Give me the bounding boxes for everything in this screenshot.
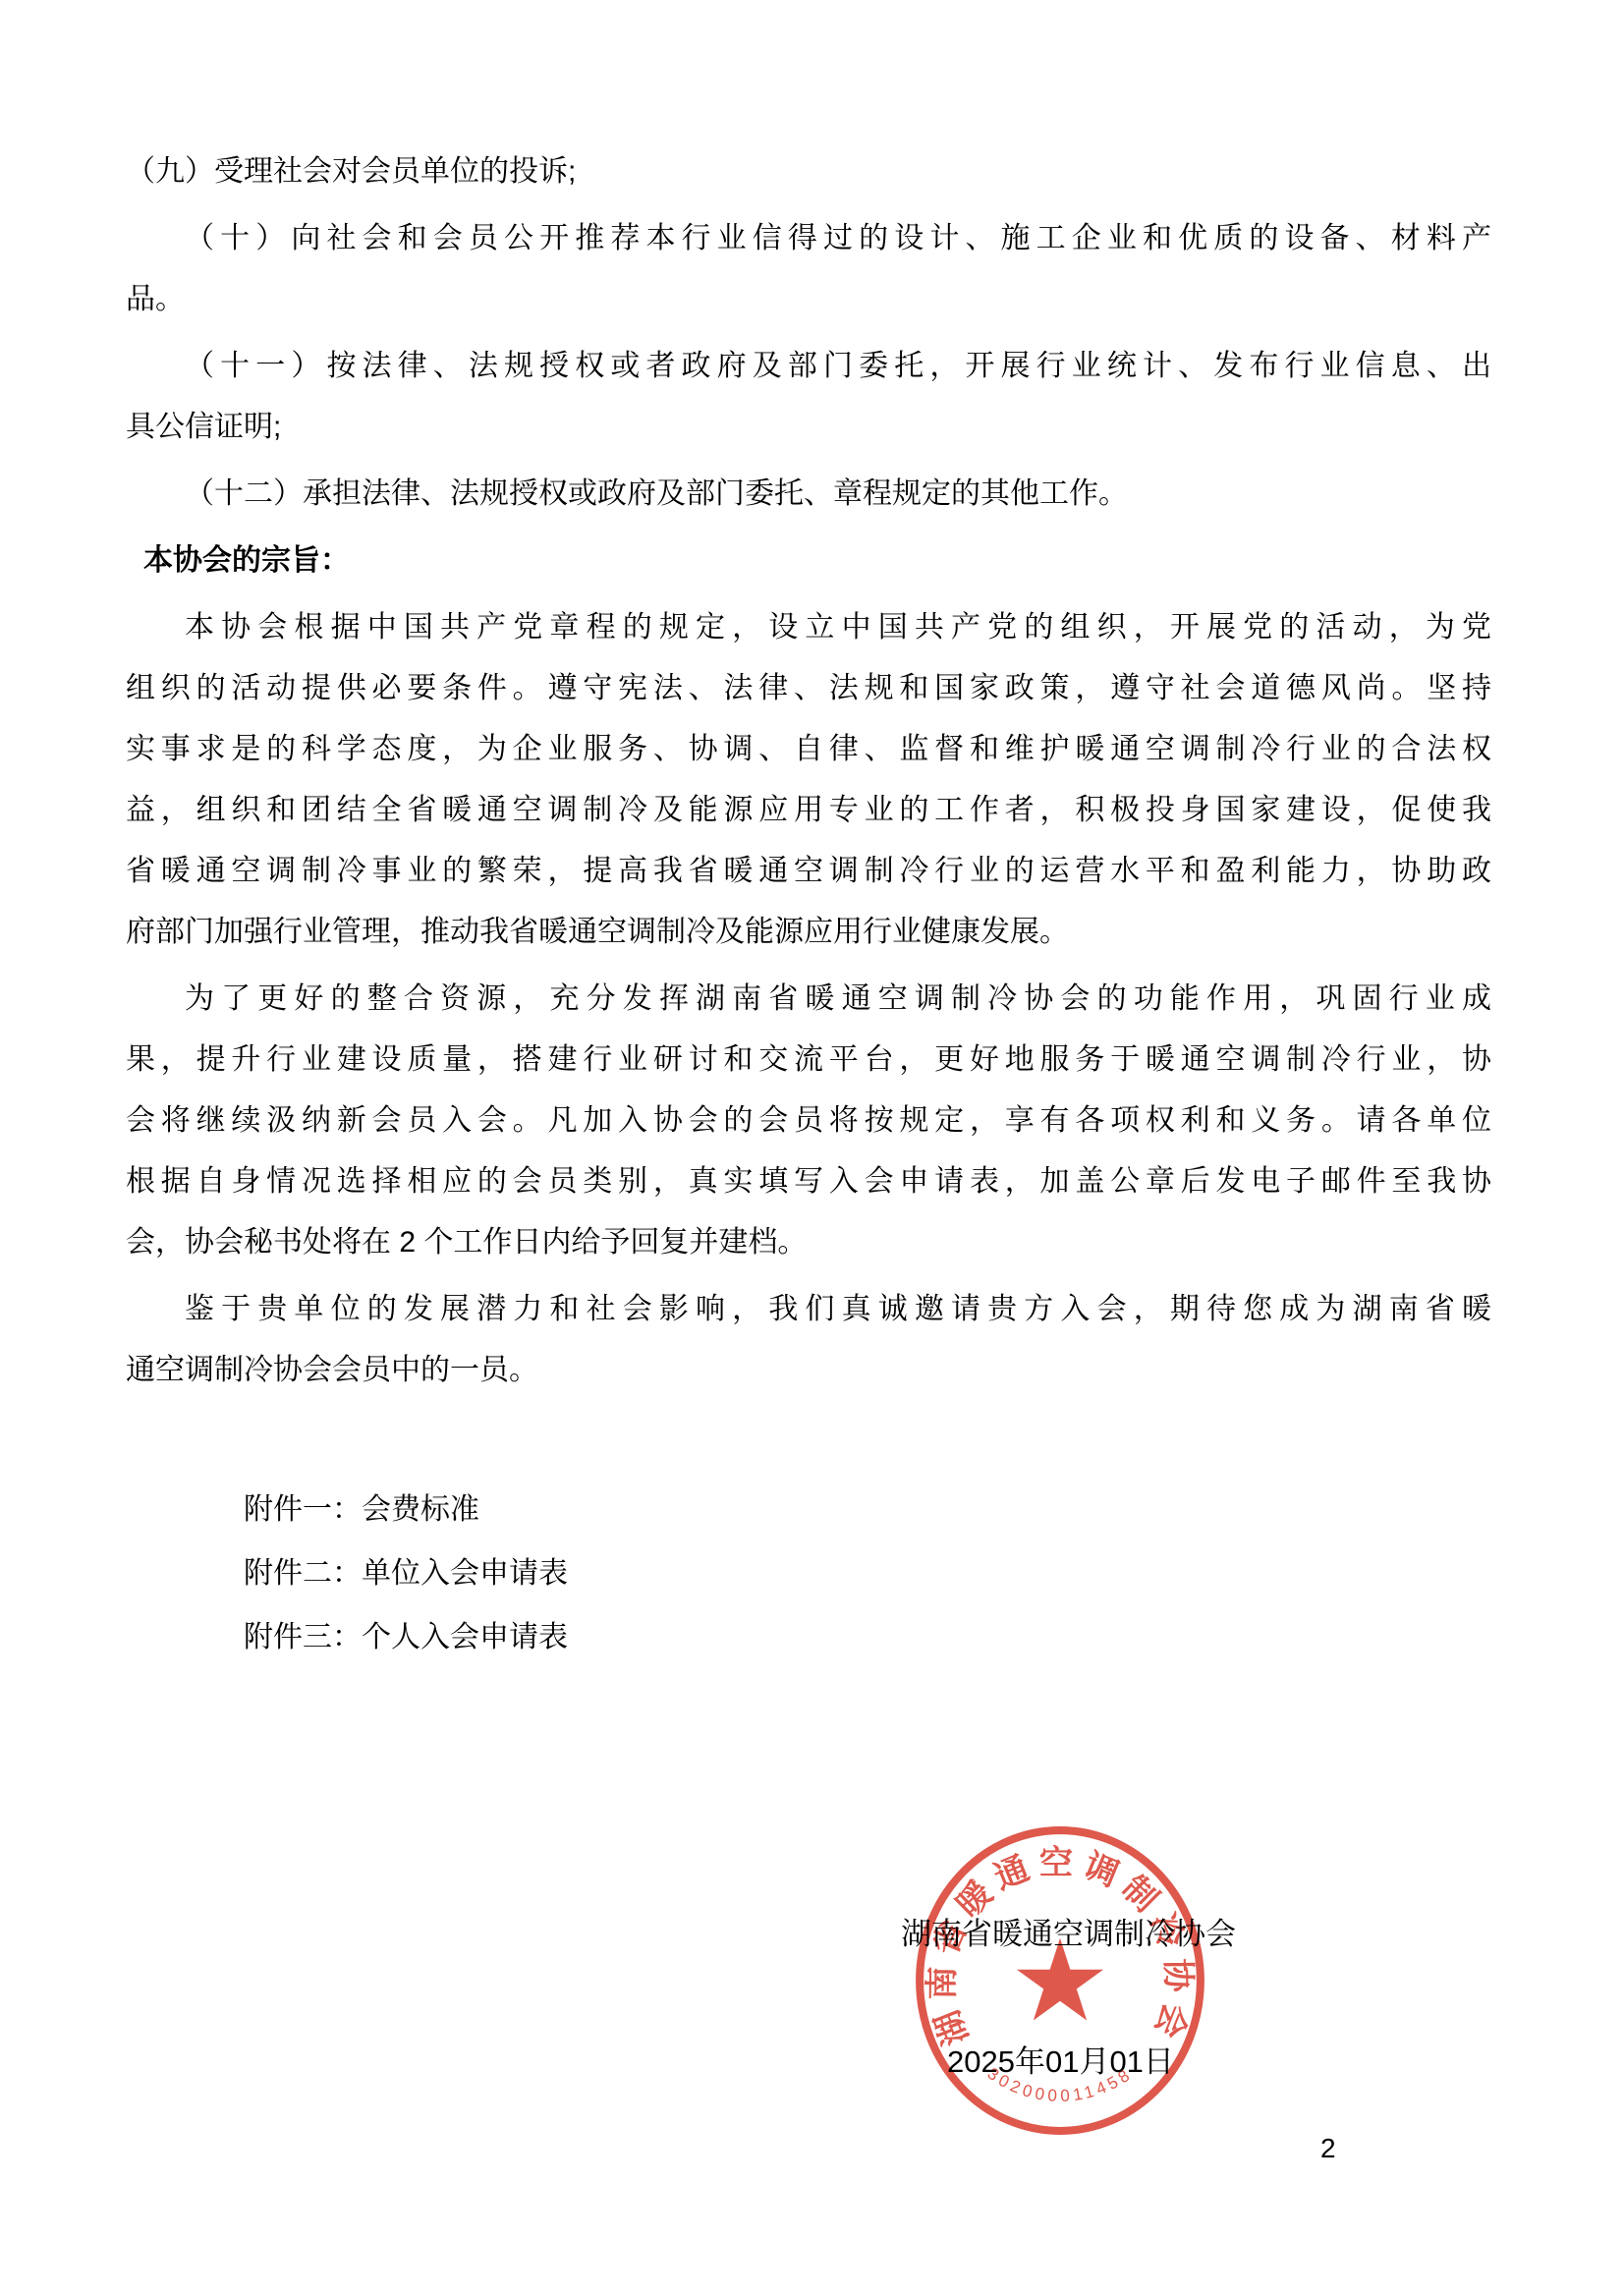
attachment-list: 附件一：会费标准 附件二：单位入会申请表 附件三：个人入会申请表 [126, 1478, 1491, 1669]
text-line: 鉴于贵单位的发展潜力和社会影响，我们真诚邀请贵方入会，期待您成为湖南省暖 [126, 1279, 1491, 1340]
text-line: 果，提升行业建设质量，搭建行业研讨和交流平台，更好地服务于暖通空调制冷行业，协 [126, 1030, 1491, 1091]
text-line: （十一）按法律、法规授权或者政府及部门委托，开展行业统计、发布行业信息、出 [126, 336, 1491, 397]
document-page: { "content": { "paragraphs": [ { "name":… [0, 0, 1624, 2295]
text-line: 组织的活动提供必要条件。遵守宪法、法律、法规和国家政策，遵守社会道德风尚。坚持 [126, 658, 1491, 719]
text-line: （十）向社会和会员公开推荐本行业信得过的设计、施工企业和优质的设备、材料产 [126, 208, 1491, 269]
text-line: 府部门加强行业管理，推动我省暖通空调制冷及能源应用行业健康发展。 [126, 902, 1491, 963]
text-line: 通空调制冷协会会员中的一员。 [126, 1340, 1491, 1401]
purpose-heading: 本协会的宗旨： [126, 531, 1491, 591]
text-line: 省暖通空调制冷事业的繁荣，提高我省暖通空调制冷行业的运营水平和盈利能力，协助政 [126, 841, 1491, 902]
document-body: （九）受理社会对会员单位的投诉; （十）向社会和会员公开推荐本行业信得过的设计、… [126, 141, 1491, 1669]
text-line: （九）受理社会对会员单位的投诉; [126, 141, 1491, 202]
page-number: 2 [1320, 2134, 1336, 2163]
text-line: 益，组织和团结全省暖通空调制冷及能源应用专业的工作者，积极投身国家建设，促使我 [126, 780, 1491, 841]
text-line: 根据自身情况选择相应的会员类别，真实填写入会申请表，加盖公章后发电子邮件至我协 [126, 1151, 1491, 1212]
text-line: 会将继续汲纳新会员入会。凡加入协会的会员将按规定，享有各项权利和义务。请各单位 [126, 1091, 1491, 1151]
text-line: 会，协会秘书处将在 2 个工作日内给予回复并建档。 [126, 1212, 1491, 1273]
text-line: 本协会根据中国共产党章程的规定，设立中国共产党的组织，开展党的活动，为党 [126, 597, 1491, 658]
section-heading: 本协会的宗旨： [126, 531, 1491, 591]
attachment-item-2: 附件二：单位入会申请表 [126, 1541, 1491, 1605]
attachment-item-1: 附件一：会费标准 [126, 1478, 1491, 1541]
text-line: 具公信证明; [126, 397, 1491, 458]
paragraph-item-12: （十二）承担法律、法规授权或政府及部门委托、章程规定的其他工作。 [126, 464, 1491, 525]
purpose-body-paragraph: 本协会根据中国共产党章程的规定，设立中国共产党的组织，开展党的活动，为党 组织的… [126, 597, 1491, 963]
text-line: 实事求是的科学态度，为企业服务、协调、自律、监督和维护暖通空调制冷行业的合法权 [126, 719, 1491, 780]
recruit-paragraph: 为了更好的整合资源，充分发挥湖南省暖通空调制冷协会的功能作用，巩固行业成 果，提… [126, 969, 1491, 1273]
text-line: 品。 [126, 269, 1491, 330]
star-icon [1017, 1938, 1103, 2021]
text-line: （十二）承担法律、法规授权或政府及部门委托、章程规定的其他工作。 [126, 464, 1491, 525]
paragraph-item-10: （十）向社会和会员公开推荐本行业信得过的设计、施工企业和优质的设备、材料产 品。 [126, 208, 1491, 330]
text-line: 为了更好的整合资源，充分发挥湖南省暖通空调制冷协会的功能作用，巩固行业成 [126, 969, 1491, 1030]
invitation-paragraph: 鉴于贵单位的发展潜力和社会影响，我们真诚邀请贵方入会，期待您成为湖南省暖 通空调… [126, 1279, 1491, 1401]
paragraph-item-9: （九）受理社会对会员单位的投诉; [126, 141, 1491, 202]
attachment-item-3: 附件三：个人入会申请表 [126, 1605, 1491, 1669]
seal-serial-number: 302000011458 [984, 2064, 1137, 2105]
official-seal: 湖南省暖通空调制冷协会 302000011458 [912, 1820, 1208, 2137]
paragraph-item-11: （十一）按法律、法规授权或者政府及部门委托，开展行业统计、发布行业信息、出 具公… [126, 336, 1491, 458]
